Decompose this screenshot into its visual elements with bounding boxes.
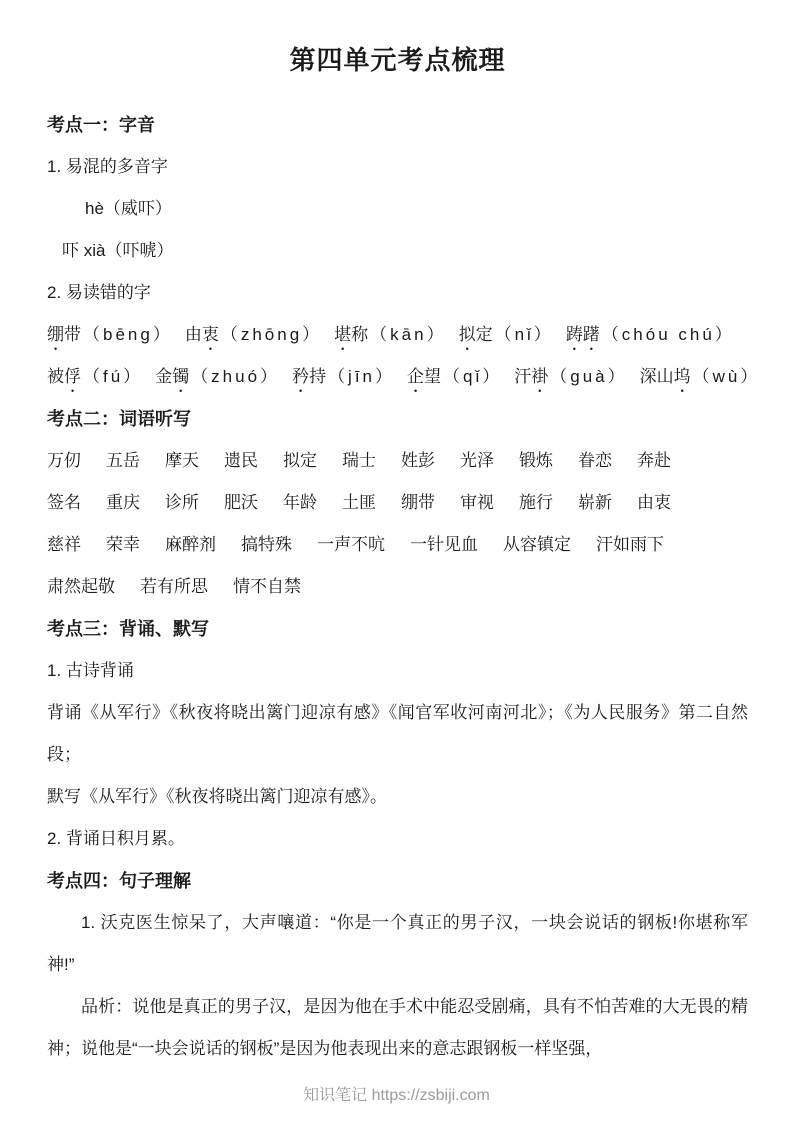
- word-item: 施行: [519, 482, 553, 524]
- s2-word-row-1: 万仞五岳摩天遗民拟定瑞士姓彭光泽锻炼眷恋奔赴: [47, 440, 748, 482]
- word-item: 搞特殊: [241, 524, 292, 566]
- word-item: 遗民: [224, 440, 258, 482]
- word-item: 情不自禁: [233, 566, 301, 608]
- section-heading-3: 考点三：背诵、默写: [47, 608, 748, 650]
- word-item: 绷带: [401, 482, 435, 524]
- page-title: 第四单元考点梳理: [47, 40, 748, 80]
- word-item: 汗如雨下: [596, 524, 664, 566]
- word-item: 锻炼: [519, 440, 553, 482]
- word-item: 一针见血: [410, 524, 478, 566]
- word-item: 土匪: [342, 482, 376, 524]
- word-item: 慈祥: [47, 524, 81, 566]
- word-item: 肃然起敬: [47, 566, 115, 608]
- word-item: 麻醉剂: [165, 524, 216, 566]
- word-item: 奔赴: [637, 440, 671, 482]
- pinyin-word-item: 绷带（bēng）: [47, 314, 173, 356]
- pinyin-word-item: 深山坞（wù）: [640, 356, 761, 398]
- section-heading-1: 考点一：字音: [47, 104, 748, 146]
- word-item: 若有所思: [140, 566, 208, 608]
- pinyin-word-item: 金镯（zhuó）: [155, 356, 280, 398]
- word-item: 一声不吭: [317, 524, 385, 566]
- word-item: 重庆: [106, 482, 140, 524]
- s3-recite-paragraph: 背诵《从军行》《秋夜将晓出篱门迎凉有感》《闻官军收河南河北》；《为人民服务》第二…: [47, 692, 748, 776]
- pinyin-word-item: 企望（qǐ）: [407, 356, 502, 398]
- pinyin-word-item: 踌躇（chóu chú）: [566, 314, 735, 356]
- word-item: 五岳: [106, 440, 140, 482]
- s2-word-row-3: 慈祥荣幸麻醉剂搞特殊一声不吭一针见血从容镇定汗如雨下: [47, 524, 748, 566]
- word-item: 光泽: [460, 440, 494, 482]
- s4-analysis-paragraph: 品析：说他是真正的男子汉，是因为他在手术中能忍受剧痛，具有不怕苦难的大无畏的精神…: [47, 986, 748, 1070]
- section-heading-2: 考点二：词语听写: [47, 398, 748, 440]
- pinyin-word-item: 被俘（fú）: [47, 356, 143, 398]
- word-item: 从容镇定: [503, 524, 571, 566]
- word-item: 崭新: [578, 482, 612, 524]
- word-item: 荣幸: [106, 524, 140, 566]
- s3-item-rijiyuelei: 2. 背诵日积月累。: [47, 818, 748, 860]
- s2-word-row-2: 签名重庆诊所肥沃年龄土匪绷带审视施行崭新由衷: [47, 482, 748, 524]
- word-item: 由衷: [637, 482, 671, 524]
- pinyin-word-item: 堪称（kān）: [334, 314, 446, 356]
- s1-pinyin-line-1: 绷带（bēng）由衷（zhōng）堪称（kān）拟定（nǐ）踌躇（chóu ch…: [47, 314, 748, 356]
- s3-item-gushi: 1. 古诗背诵: [47, 650, 748, 692]
- word-item: 瑞士: [342, 440, 376, 482]
- section-heading-4: 考点四：句子理解: [47, 860, 748, 902]
- word-item: 万仞: [47, 440, 81, 482]
- s2-word-row-4: 肃然起敬若有所思情不自禁: [47, 566, 748, 608]
- s1-item-yiducuo: 2. 易读错的字: [47, 272, 748, 314]
- word-item: 姓彭: [401, 440, 435, 482]
- word-item: 诊所: [165, 482, 199, 524]
- word-item: 肥沃: [224, 482, 258, 524]
- s1-item-duoyinzi: 1. 易混的多音字: [47, 146, 748, 188]
- pinyin-word-item: 拟定（nǐ）: [459, 314, 554, 356]
- word-item: 拟定: [283, 440, 317, 482]
- word-item: 签名: [47, 482, 81, 524]
- word-item: 审视: [460, 482, 494, 524]
- pinyin-word-item: 汗褂（guà）: [514, 356, 627, 398]
- pinyin-word-item: 矜持（jīn）: [292, 356, 395, 398]
- word-item: 摩天: [165, 440, 199, 482]
- word-item: 年龄: [283, 482, 317, 524]
- s3-dictate-paragraph: 默写《从军行》《秋夜将晓出篱门迎凉有感》。: [47, 776, 748, 818]
- s1-duoyin-reading-1: hè（威吓）: [47, 188, 748, 230]
- word-item: 眷恋: [578, 440, 612, 482]
- footer-watermark: 知识笔记 https://zsbiji.com: [0, 1084, 793, 1108]
- document-page: 第四单元考点梳理 考点一：字音 1. 易混的多音字 hè（威吓） 吓 xià（吓…: [0, 0, 793, 1070]
- pinyin-word-item: 由衷（zhōng）: [185, 314, 322, 356]
- s4-sentence-paragraph: 1. 沃克医生惊呆了，大声嚷道：“你是一个真正的男子汉，一块会说话的钢板!你堪称…: [47, 902, 748, 986]
- s1-pinyin-line-2: 被俘（fú）金镯（zhuó）矜持（jīn）企望（qǐ）汗褂（guà）深山坞（wù…: [47, 356, 748, 398]
- s1-duoyin-reading-2: 吓 xià（吓唬）: [47, 230, 748, 272]
